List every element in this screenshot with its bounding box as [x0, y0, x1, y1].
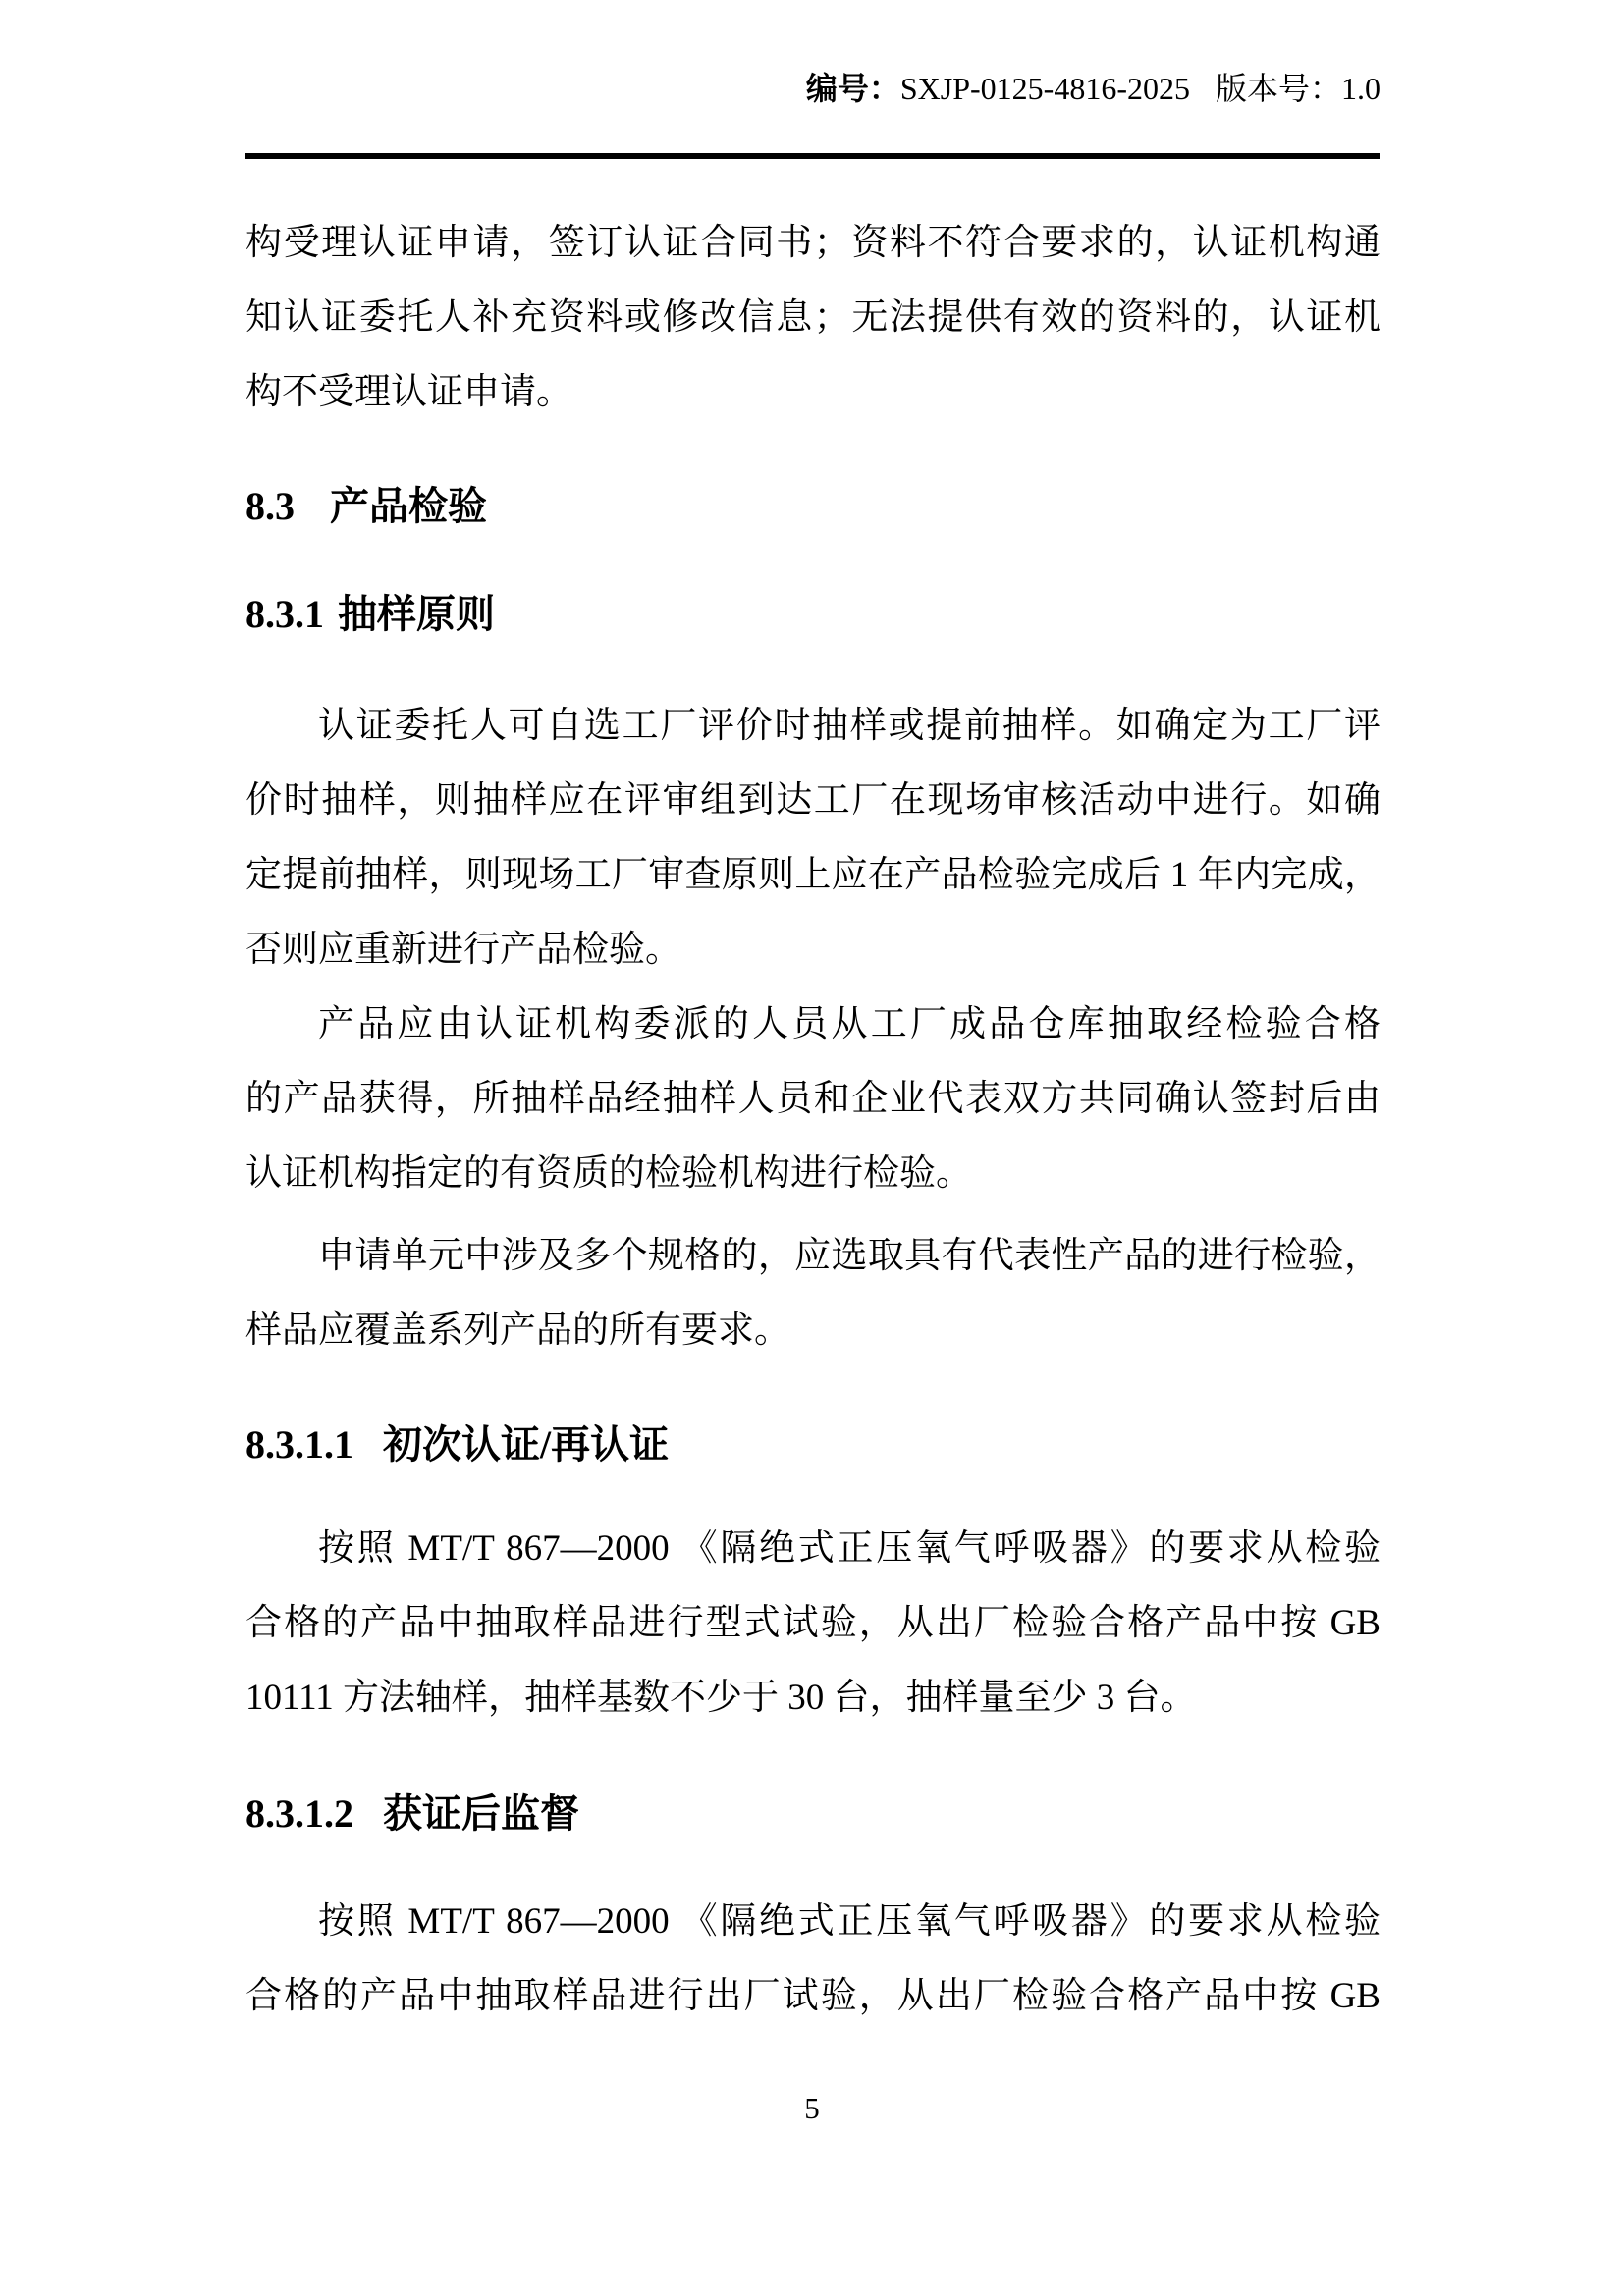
text-line: 价时抽样，则抽样应在评审组到达工厂在现场审核活动中进行。如确	[245, 764, 1380, 838]
page-number: 5	[0, 2089, 1624, 2128]
paragraph: 申请单元中涉及多个规格的，应选取具有代表性产品的进行检验，样品应覆盖系列产品的所…	[245, 1219, 1380, 1368]
text-line: 合格的产品中抽取样品进行型式试验，从出厂检验合格产品中按 GB	[245, 1586, 1380, 1661]
paragraph: 认证委托人可自选工厂评价时抽样或提前抽样。如确定为工厂评价时抽样，则抽样应在评审…	[245, 689, 1380, 988]
text-line: 认证机构指定的有资质的检验机构进行检验。	[245, 1137, 1380, 1211]
paragraph: 产品应由认证机构委派的人员从工厂成品仓库抽取经检验合格的产品获得，所抽样品经抽样…	[245, 988, 1380, 1211]
section-heading: 8.3产品检验	[245, 469, 1380, 544]
paragraph: 按照 MT/T 867—2000 《隔绝式正压氧气呼吸器》的要求从检验合格的产品…	[245, 1512, 1380, 1735]
heading-number: 8.3.1.1	[245, 1422, 353, 1467]
section-heading: 8.3.1.2获证后监督	[245, 1777, 1380, 1851]
section-heading: 8.3.1.1初次认证/再认证	[245, 1408, 1380, 1482]
text-line: 按照 MT/T 867—2000 《隔绝式正压氧气呼吸器》的要求从检验	[245, 1512, 1380, 1586]
heading-title: 产品检验	[330, 484, 487, 528]
text-line: 申请单元中涉及多个规格的，应选取具有代表性产品的进行检验，	[245, 1219, 1380, 1294]
doc-version-value: 1.0	[1341, 71, 1380, 106]
heading-title: 初次认证/再认证	[383, 1422, 669, 1467]
doc-number-value: SXJP-0125-4816-2025	[900, 71, 1190, 106]
heading-number: 8.3.1	[245, 592, 324, 636]
text-line: 产品应由认证机构委派的人员从工厂成品仓库抽取经检验合格	[245, 988, 1380, 1062]
doc-version-label: 版本号：	[1216, 71, 1341, 106]
heading-title: 获证后监督	[383, 1791, 579, 1836]
document-page: 编号：SXJP-0125-4816-2025版本号：1.0 构受理认证申请，签订…	[0, 0, 1624, 2296]
text-line: 知认证委托人补充资料或修改信息；无法提供有效的资料的，认证机	[245, 281, 1380, 355]
text-line: 构不受理认证申请。	[245, 355, 1380, 430]
text-line: 否则应重新进行产品检验。	[245, 913, 1380, 988]
text-line: 按照 MT/T 867—2000 《隔绝式正压氧气呼吸器》的要求从检验	[245, 1885, 1380, 1959]
document-blocks: 构受理认证申请，签订认证合同书；资料不符合要求的，认证机构通知认证委托人补充资料…	[245, 206, 1380, 2034]
doc-number-label: 编号：	[806, 71, 900, 106]
text-line: 10111 方法轴样，抽样基数不少于 30 台，抽样量至少 3 台。	[245, 1661, 1380, 1735]
paragraph: 构受理认证申请，签订认证合同书；资料不符合要求的，认证机构通知认证委托人补充资料…	[245, 206, 1380, 430]
header-divider-rule	[245, 153, 1380, 159]
heading-number: 8.3.1.2	[245, 1791, 353, 1836]
text-line: 认证委托人可自选工厂评价时抽样或提前抽样。如确定为工厂评	[245, 689, 1380, 764]
text-line: 构受理认证申请，签订认证合同书；资料不符合要求的，认证机构通	[245, 206, 1380, 281]
paragraph: 按照 MT/T 867—2000 《隔绝式正压氧气呼吸器》的要求从检验合格的产品…	[245, 1885, 1380, 2034]
text-line: 样品应覆盖系列产品的所有要求。	[245, 1294, 1380, 1368]
document-body: 编号：SXJP-0125-4816-2025版本号：1.0 构受理认证申请，签订…	[245, 0, 1380, 2034]
text-line: 合格的产品中抽取样品进行出厂试验，从出厂检验合格产品中按 GB	[245, 1959, 1380, 2034]
document-header: 编号：SXJP-0125-4816-2025版本号：1.0	[245, 0, 1380, 108]
heading-title: 抽样原则	[338, 592, 495, 636]
text-line: 的产品获得，所抽样品经抽样人员和企业代表双方共同确认签封后由	[245, 1062, 1380, 1137]
section-heading: 8.3.1抽样原则	[245, 577, 1380, 652]
heading-number: 8.3	[245, 484, 295, 528]
text-line: 定提前抽样，则现场工厂审查原则上应在产品检验完成后 1 年内完成，	[245, 838, 1380, 913]
